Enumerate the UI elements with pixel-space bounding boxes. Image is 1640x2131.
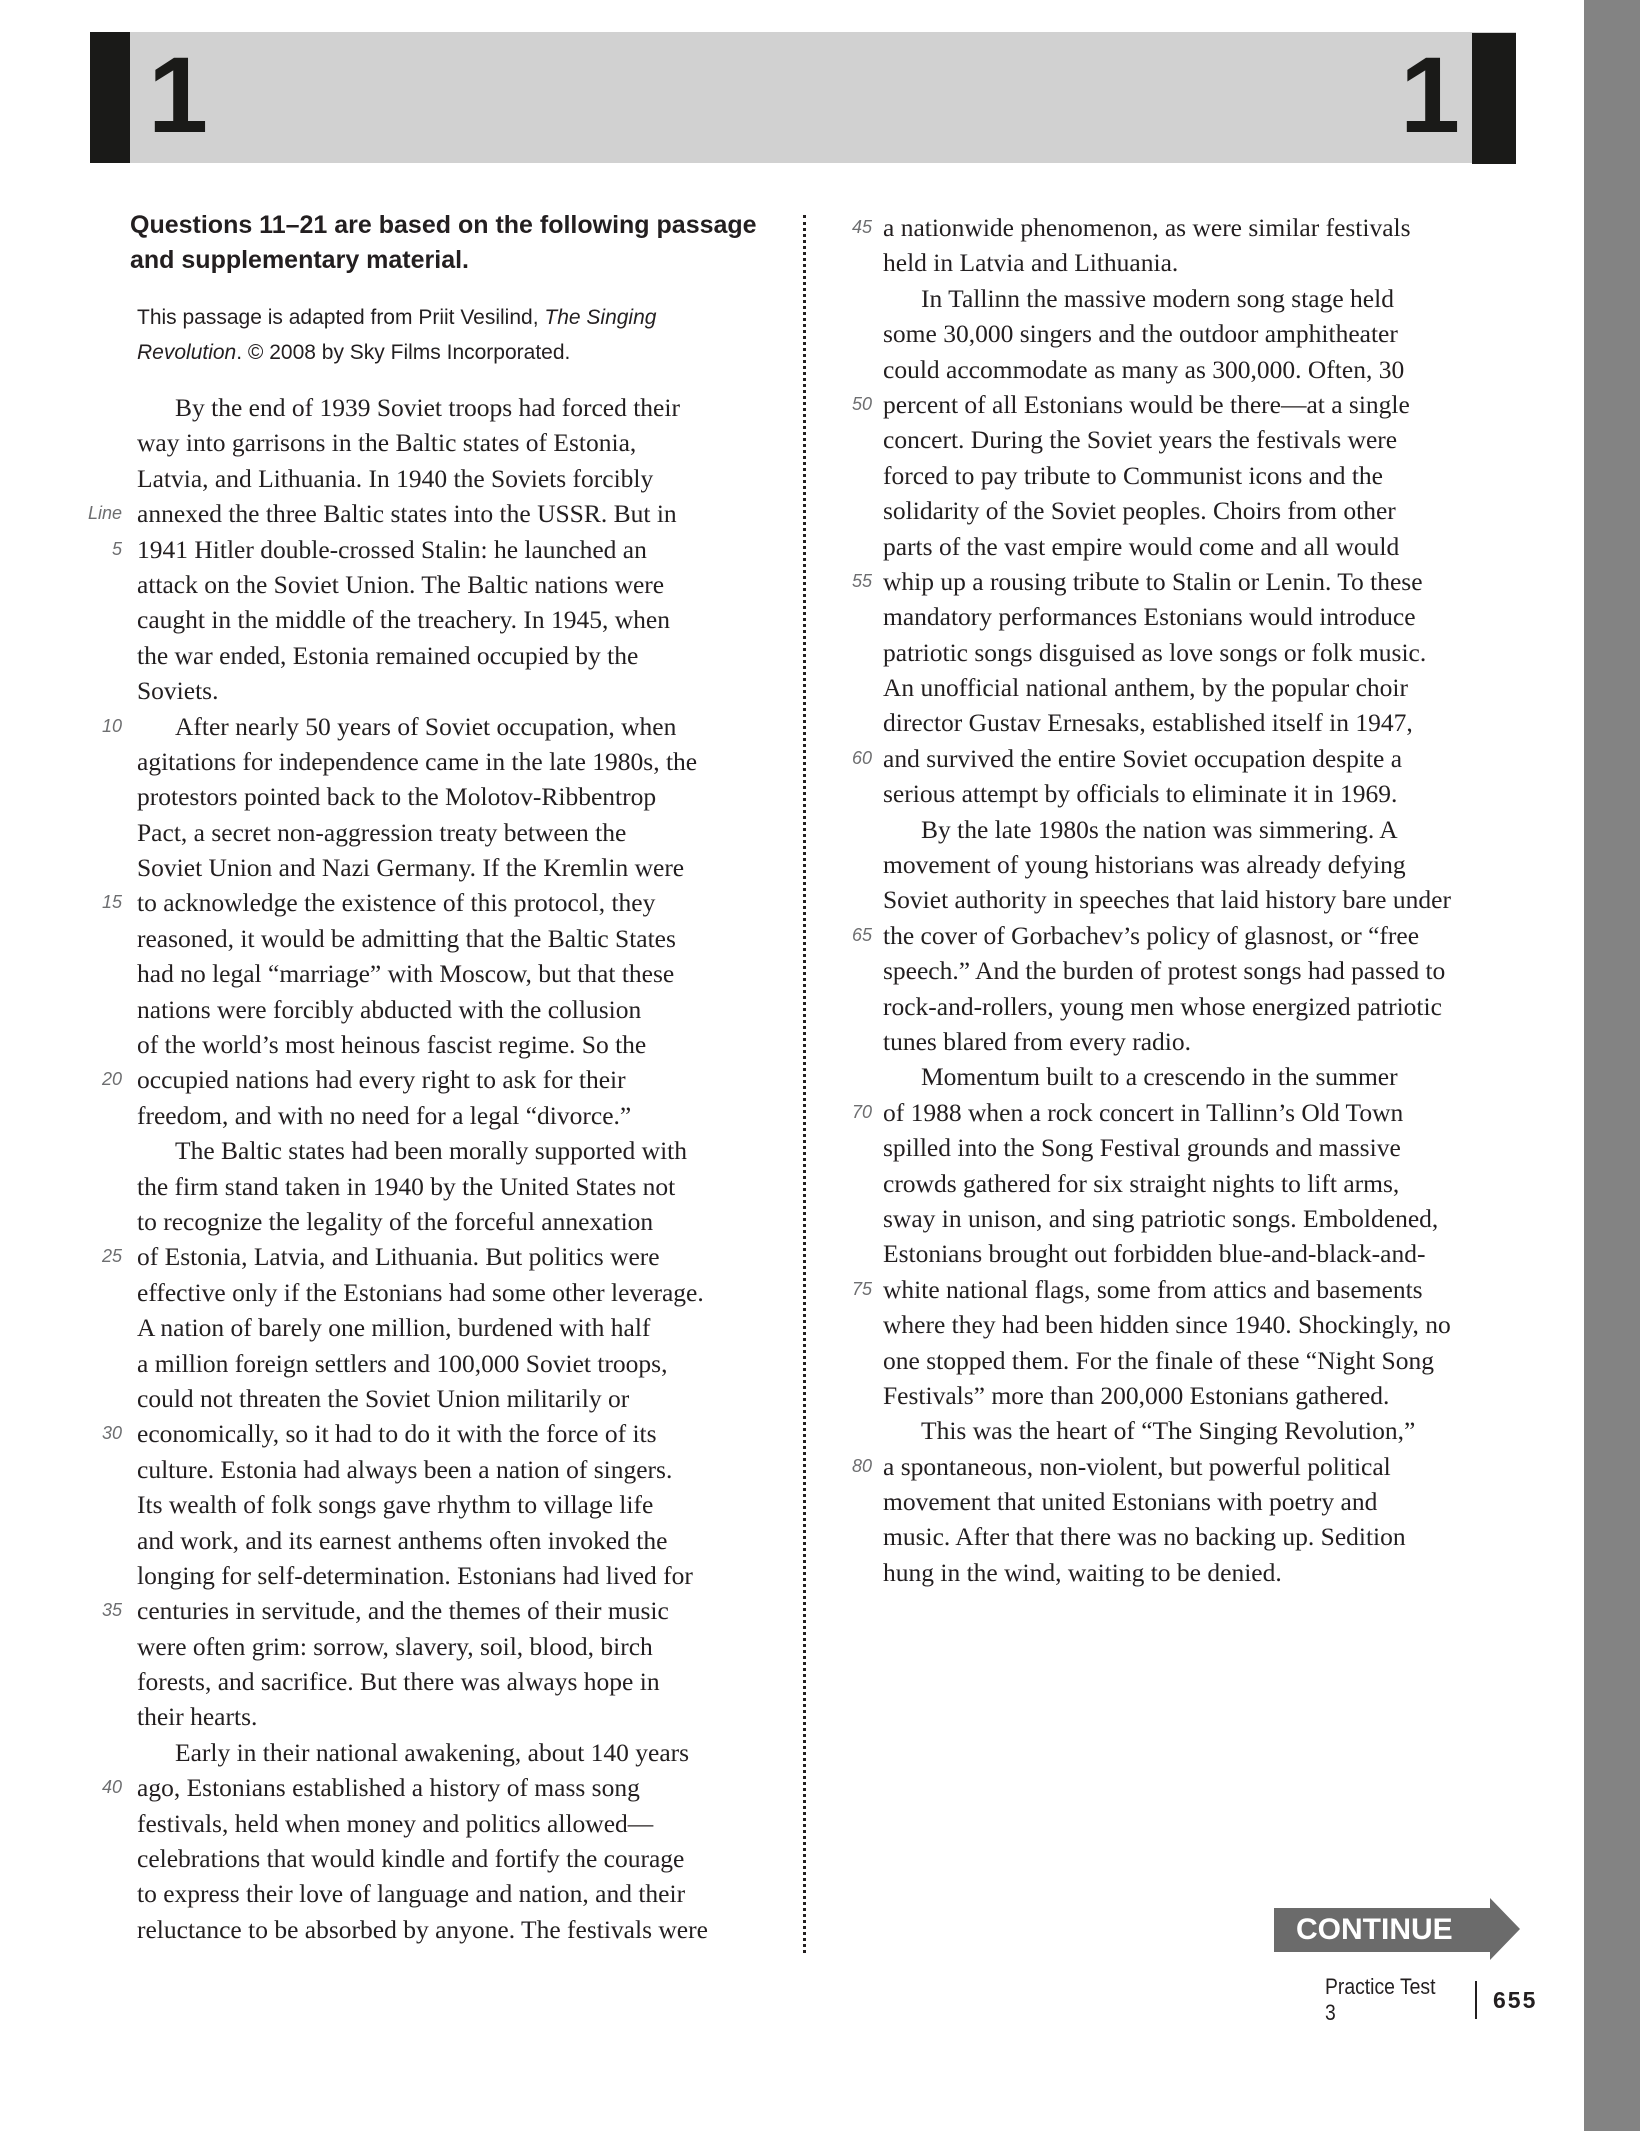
line-text: one stopped them. For the finale of thes…	[883, 1343, 1434, 1378]
line-text: mandatory performances Estonians would i…	[883, 599, 1416, 634]
line-text: speech.” And the burden of protest songs…	[883, 953, 1445, 988]
line-text: Festivals” more than 200,000 Estonians g…	[883, 1378, 1389, 1413]
questions-intro-heading: Questions 11–21 are based on the followi…	[130, 208, 790, 278]
line-text: Estonians brought out forbidden blue-and…	[883, 1236, 1425, 1271]
line-number: 30	[62, 1416, 122, 1451]
line-text: a spontaneous, non-violent, but powerful…	[883, 1449, 1391, 1484]
line-number: 25	[62, 1239, 122, 1274]
line-text: After nearly 50 years of Soviet occupati…	[137, 709, 676, 744]
line-text: rock-and-rollers, young men whose energi…	[883, 989, 1442, 1024]
line-text: their hearts.	[137, 1699, 257, 1734]
line-text: reluctance to be absorbed by anyone. The…	[137, 1912, 708, 1947]
line-text: director Gustav Ernesaks, established it…	[883, 705, 1413, 740]
line-text: patriotic songs disguised as love songs …	[883, 635, 1426, 670]
line-text: the war ended, Estonia remained occupied…	[137, 638, 638, 673]
line-text: centuries in servitude, and the themes o…	[137, 1593, 669, 1628]
line-text: the firm stand taken in 1940 by the Unit…	[137, 1169, 675, 1204]
line-text: agitations for independence came in the …	[137, 744, 697, 779]
line-number: 60	[812, 741, 872, 776]
line-text: Latvia, and Lithuania. In 1940 the Sovie…	[137, 461, 653, 496]
section-header-band	[90, 32, 1516, 163]
line-text: ago, Estonians established a history of …	[137, 1770, 640, 1805]
line-text: nations were forcibly abducted with the …	[137, 992, 641, 1027]
line-text: movement that united Estonians with poet…	[883, 1484, 1377, 1519]
line-text: had no legal “marriage” with Moscow, but…	[137, 956, 674, 991]
line-text: crowds gathered for six straight nights …	[883, 1166, 1399, 1201]
line-text: of Estonia, Latvia, and Lithuania. But p…	[137, 1239, 660, 1274]
line-text: Soviets.	[137, 673, 218, 708]
line-text: some 30,000 singers and the outdoor amph…	[883, 316, 1398, 351]
line-text: serious attempt by officials to eliminat…	[883, 776, 1397, 811]
line-text: Pact, a secret non-aggression treaty bet…	[137, 815, 626, 850]
page-number: 655	[1493, 1987, 1537, 2014]
column-divider-dotted	[803, 215, 806, 1953]
line-number: 20	[62, 1062, 122, 1097]
line-number: 5	[62, 532, 122, 567]
line-text: parts of the vast empire would come and …	[883, 529, 1399, 564]
line-number: 35	[62, 1593, 122, 1628]
line-text: solidarity of the Soviet peoples. Choirs…	[883, 493, 1396, 528]
line-number: 65	[812, 918, 872, 953]
footer-separator	[1475, 1981, 1477, 2019]
line-text: celebrations that would kindle and forti…	[137, 1841, 684, 1876]
footer-test-label: Practice Test 3	[1325, 1974, 1450, 2026]
source-suffix: . © 2008 by Sky Films Incorporated.	[236, 341, 570, 364]
right-arrow-icon	[1490, 1898, 1520, 1960]
line-text: A nation of barely one million, burdened…	[137, 1310, 650, 1345]
line-text: By the late 1980s the nation was simmeri…	[883, 812, 1398, 847]
line-text: could not threaten the Soviet Union mili…	[137, 1381, 629, 1416]
line-text: festivals, held when money and politics …	[137, 1806, 653, 1841]
line-text: By the end of 1939 Soviet troops had for…	[137, 390, 680, 425]
line-text: caught in the middle of the treachery. I…	[137, 602, 670, 637]
line-text: percent of all Estonians would be there—…	[883, 387, 1410, 422]
line-text: freedom, and with no need for a legal “d…	[137, 1098, 631, 1133]
line-text: the cover of Gorbachev’s policy of glasn…	[883, 918, 1419, 953]
section-header-left-bar	[90, 32, 130, 163]
line-text: of 1988 when a rock concert in Tallinn’s…	[883, 1095, 1403, 1130]
line-text: concert. During the Soviet years the fes…	[883, 422, 1397, 457]
line-text: reasoned, it would be admitting that the…	[137, 921, 676, 956]
line-text: culture. Estonia had always been a natio…	[137, 1452, 672, 1487]
line-number: 80	[812, 1449, 872, 1484]
line-number: 10	[62, 709, 122, 744]
line-number: 55	[812, 564, 872, 599]
line-text: forests, and sacrifice. But there was al…	[137, 1664, 660, 1699]
line-number: 70	[812, 1095, 872, 1130]
line-text: a nationwide phenomenon, as were similar…	[883, 210, 1411, 245]
line-text: In Tallinn the massive modern song stage…	[883, 281, 1394, 316]
line-text: The Baltic states had been morally suppo…	[137, 1133, 687, 1168]
line-text: whip up a rousing tribute to Stalin or L…	[883, 564, 1423, 599]
line-text: protestors pointed back to the Molotov-R…	[137, 779, 656, 814]
line-text: Early in their national awakening, about…	[137, 1735, 689, 1770]
continue-label: CONTINUE	[1296, 1908, 1453, 1952]
line-text: a million foreign settlers and 100,000 S…	[137, 1346, 667, 1381]
line-text: where they had been hidden since 1940. S…	[883, 1307, 1451, 1342]
line-text: An unofficial national anthem, by the po…	[883, 670, 1408, 705]
line-text: to recognize the legality of the forcefu…	[137, 1204, 653, 1239]
line-text: spilled into the Song Festival grounds a…	[883, 1130, 1401, 1165]
line-text: Soviet authority in speeches that laid h…	[883, 882, 1451, 917]
line-text: to express their love of language and na…	[137, 1876, 685, 1911]
line-text: of the world’s most heinous fascist regi…	[137, 1027, 646, 1062]
line-text: This was the heart of “The Singing Revol…	[883, 1413, 1415, 1448]
line-text: and work, and its earnest anthems often …	[137, 1523, 667, 1558]
line-text: Its wealth of folk songs gave rhythm to …	[137, 1487, 653, 1522]
line-text: economically, so it had to do it with th…	[137, 1416, 657, 1451]
page-edge-strip	[1584, 0, 1640, 2131]
section-header-right-bar	[1472, 33, 1516, 164]
line-number: 15	[62, 885, 122, 920]
line-text: occupied nations had every right to ask …	[137, 1062, 626, 1097]
continue-button[interactable]: CONTINUE	[1274, 1898, 1522, 1960]
line-text: hung in the wind, waiting to be denied.	[883, 1555, 1282, 1590]
line-text: music. After that there was no backing u…	[883, 1519, 1406, 1554]
line-text: white national flags, some from attics a…	[883, 1272, 1423, 1307]
line-text: were often grim: sorrow, slavery, soil, …	[137, 1629, 653, 1664]
passage-source-note: This passage is adapted from Priit Vesil…	[137, 300, 757, 370]
page-footer: Practice Test 3 655	[1325, 1980, 1537, 2020]
line-text: attack on the Soviet Union. The Baltic n…	[137, 567, 664, 602]
line-text: longing for self-determination. Estonian…	[137, 1558, 693, 1593]
section-number-right: 1	[1400, 40, 1458, 150]
line-number: Line	[62, 496, 122, 531]
line-text: forced to pay tribute to Communist icons…	[883, 458, 1383, 493]
source-prefix: This passage is adapted from Priit Vesil…	[137, 306, 544, 329]
line-text: Momentum built to a crescendo in the sum…	[883, 1059, 1398, 1094]
line-text: and survived the entire Soviet occupatio…	[883, 741, 1402, 776]
line-text: could accommodate as many as 300,000. Of…	[883, 352, 1404, 387]
line-number: 75	[812, 1272, 872, 1307]
line-text: annexed the three Baltic states into the…	[137, 496, 677, 531]
line-text: movement of young historians was already…	[883, 847, 1406, 882]
line-number: 45	[812, 210, 872, 245]
line-text: to acknowledge the existence of this pro…	[137, 885, 655, 920]
line-text: tunes blared from every radio.	[883, 1024, 1191, 1059]
line-text: sway in unison, and sing patriotic songs…	[883, 1201, 1438, 1236]
line-number: 50	[812, 387, 872, 422]
line-text: held in Latvia and Lithuania.	[883, 245, 1178, 280]
line-text: effective only if the Estonians had some…	[137, 1275, 704, 1310]
line-number: 40	[62, 1770, 122, 1805]
line-text: Soviet Union and Nazi Germany. If the Kr…	[137, 850, 684, 885]
line-text: way into garrisons in the Baltic states …	[137, 425, 636, 460]
section-number-left: 1	[148, 40, 206, 150]
line-text: 1941 Hitler double-crossed Stalin: he la…	[137, 532, 647, 567]
